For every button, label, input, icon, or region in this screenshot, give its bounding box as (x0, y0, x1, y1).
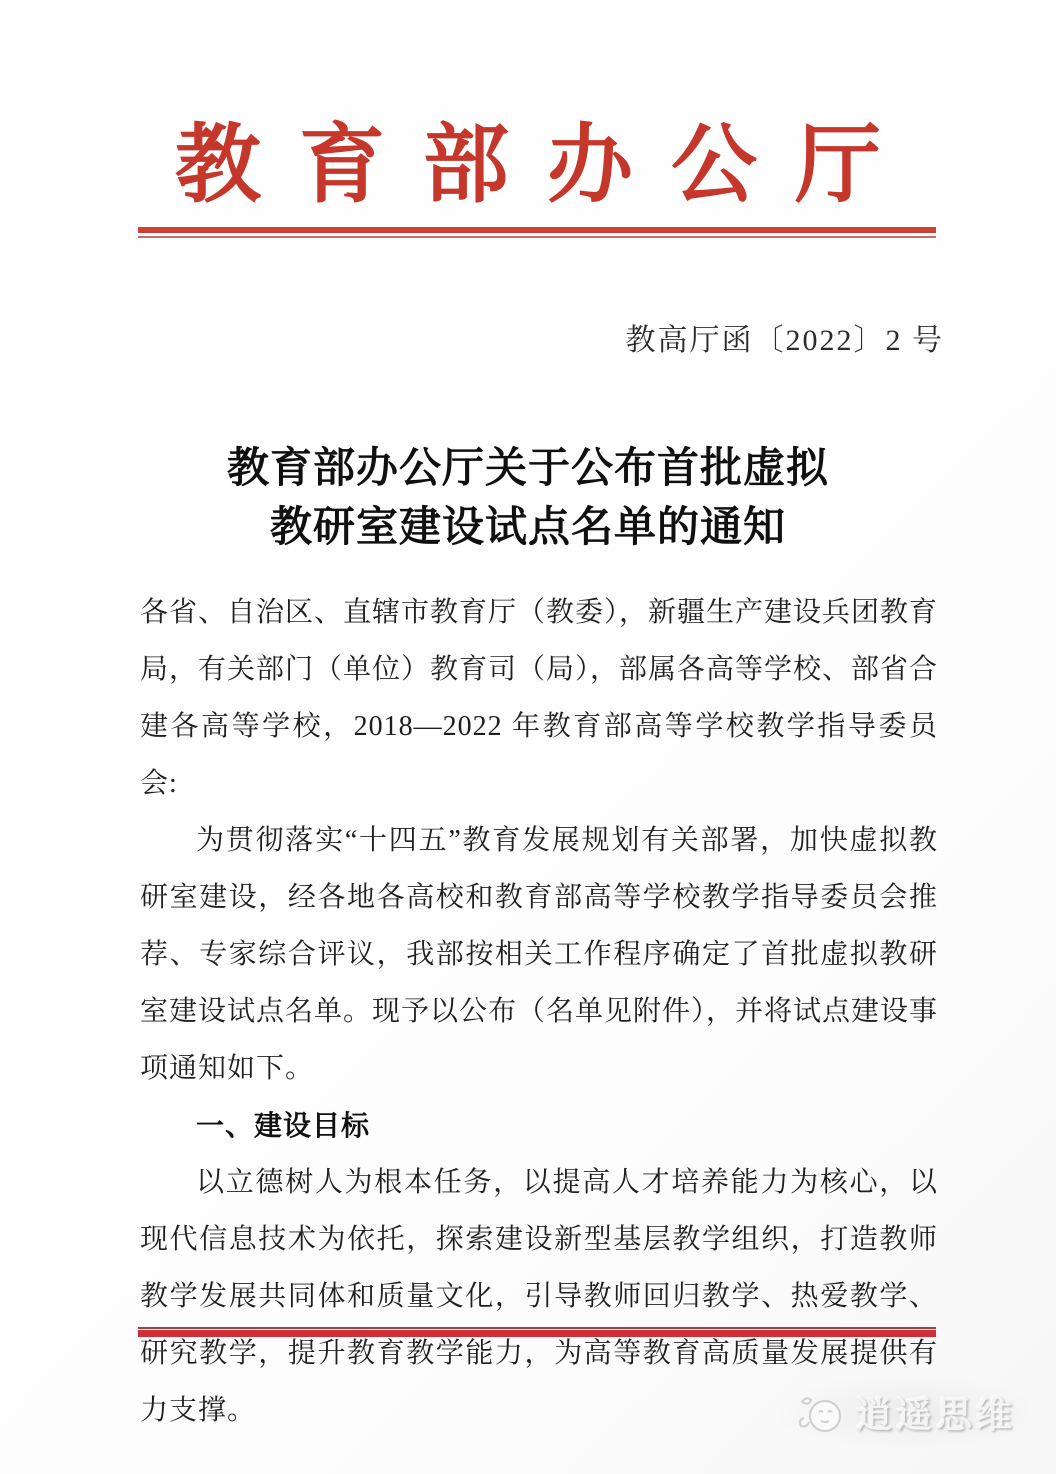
document-title-line2: 教研室建设试点名单的通知 (0, 499, 1056, 558)
salutation-paragraph: 各省、自治区、直辖市教育厅（教委），新疆生产建设兵团教育局，有关部门（单位）教育… (140, 584, 938, 812)
letterhead-rule-thick (138, 227, 936, 233)
footer-rule-thin (138, 1327, 936, 1329)
document-body: 各省、自治区、直辖市教育厅（教委），新疆生产建设兵团教育局，有关部门（单位）教育… (140, 584, 938, 1439)
document-title-line1: 教育部办公厅关于公布首批虚拟 (0, 440, 1056, 499)
letterhead-rule-thin (138, 236, 936, 238)
watermark: 逍遥思维 (780, 1377, 1030, 1448)
letterhead-rule (138, 227, 936, 238)
footer-rule-thick (138, 1330, 936, 1337)
letterhead-agency-name: 教育部办公厅 (0, 122, 1056, 208)
thinking-face-logo-icon (794, 1390, 846, 1436)
document-number: 教高厅函〔2022〕2 号 (0, 315, 1056, 359)
body-paragraph-1: 为贯彻落实“十四五”教育发展规划有关部署，加快虚拟教研室建设，经各地各高校和教育… (140, 812, 938, 1097)
document-page: 教育部办公厅 教高厅函〔2022〕2 号 教育部办公厅关于公布首批虚拟 教研室建… (0, 0, 1056, 1474)
footer-rule (138, 1327, 936, 1337)
watermark-text: 逍遥思维 (856, 1387, 1016, 1438)
document-title: 教育部办公厅关于公布首批虚拟 教研室建设试点名单的通知 (0, 440, 1056, 558)
section-heading-1: 一、建设目标 (140, 1097, 938, 1154)
